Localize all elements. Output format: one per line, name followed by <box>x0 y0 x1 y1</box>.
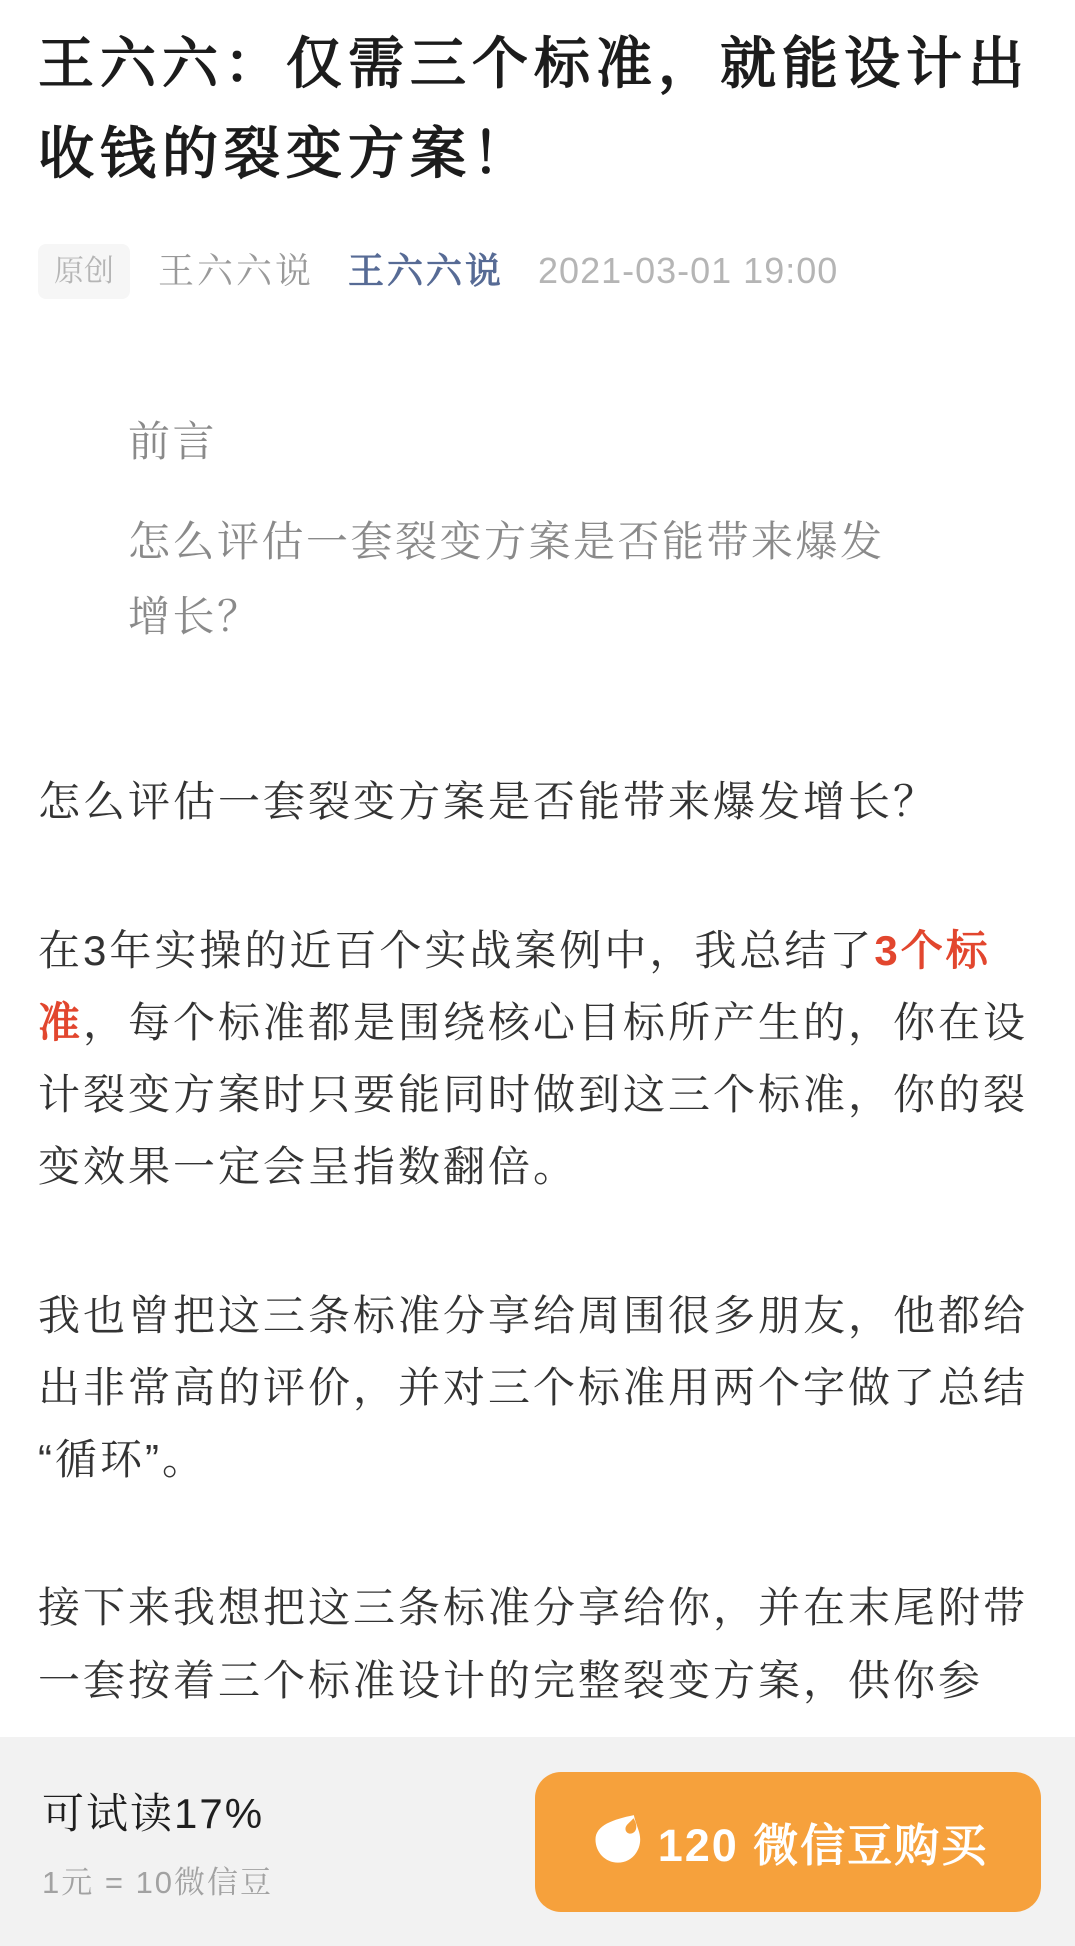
body-paragraph-2: 在3年实操的近百个实战案例中，我总结了3个标准，每个标准都是围绕核心目标所产生的… <box>38 915 1037 1204</box>
body-paragraph-4: 接下来我想把这三条标准分享给你，并在末尾附带一套按着三个标准设计的完整裂变方案，… <box>38 1572 1037 1716</box>
account-link[interactable]: 王六六说 <box>348 248 504 295</box>
article-body: 王六六：仅需三个标准，就能设计出收钱的裂变方案！ 原创 王六六说 王六六说 20… <box>0 0 1075 1717</box>
article-title: 王六六：仅需三个标准，就能设计出收钱的裂变方案！ <box>38 19 1037 198</box>
body-paragraph-1: 怎么评估一套裂变方案是否能带来爆发增长？ <box>38 766 1037 838</box>
preface-label: 前言 <box>128 405 1037 480</box>
trial-progress-text: 可试读17% <box>42 1781 273 1841</box>
exchange-rate-text: 1元 = 10微信豆 <box>42 1857 273 1902</box>
article-page: { "article": { "title": "王六六：仅需三个标准，就能设计… <box>0 0 1075 1946</box>
buy-button-label: 120 微信豆购买 <box>658 1809 989 1874</box>
paywall-info: 可试读17% 1元 = 10微信豆 <box>42 1781 273 1902</box>
buy-button[interactable]: 120 微信豆购买 <box>535 1772 1041 1912</box>
paragraph-text: 在3年实操的近百个实战案例中，我总结了 <box>38 927 874 974</box>
author-name: 王六六说 <box>158 248 314 295</box>
wechat-bean-icon <box>588 1811 650 1873</box>
preface-quote: 前言 怎么评估一套裂变方案是否能带来爆发增长？ <box>128 405 1037 654</box>
article-meta: 原创 王六六说 王六六说 2021-03-01 19:00 <box>38 244 1037 299</box>
preface-question: 怎么评估一套裂变方案是否能带来爆发增长？ <box>128 505 908 655</box>
original-badge: 原创 <box>38 244 130 299</box>
article-content: 怎么评估一套裂变方案是否能带来爆发增长？ 在3年实操的近百个实战案例中，我总结了… <box>38 766 1037 1716</box>
paragraph-text: ，每个标准都是围绕核心目标所产生的，你在设计裂变方案时只要能同时做到这三个标准，… <box>38 999 1028 1190</box>
publish-date: 2021-03-01 19:00 <box>538 248 838 295</box>
body-paragraph-3: 我也曾把这三条标准分享给周围很多朋友，他都给出非常高的评价，并对三个标准用两个字… <box>38 1280 1037 1497</box>
paywall-bar: 可试读17% 1元 = 10微信豆 120 微信豆购买 <box>0 1737 1075 1946</box>
